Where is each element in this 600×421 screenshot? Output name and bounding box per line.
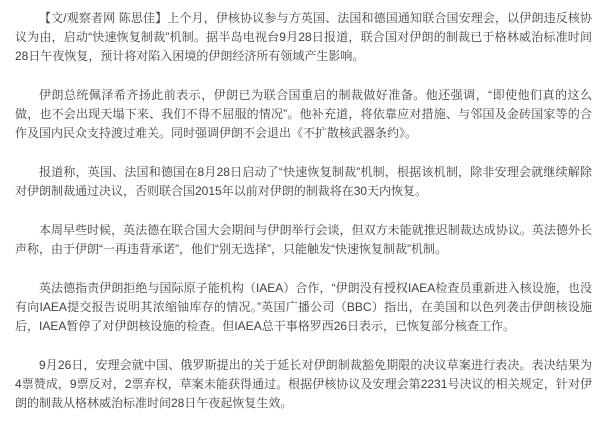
paragraph: 英法德指责伊朗拒绝与国际原子能机构（IAEA）合作，“伊朗没有授权IAEA检查员… <box>15 279 592 336</box>
article-body: 【文/观察者网 陈思佳】上个月，伊核协议参与方英国、法国和德国通知联合国安理会，… <box>0 0 600 413</box>
author-byline: 【文/观察者网 陈思佳】 <box>39 11 167 25</box>
lead-paragraph: 【文/观察者网 陈思佳】上个月，伊核协议参与方英国、法国和德国通知联合国安理会，… <box>15 9 592 66</box>
paragraph: 本周早些时候，英法德在联合国大会期间与伊朗举行会谈，但双方未能就推迟制裁达成协议… <box>15 221 592 259</box>
paragraph: 报道称，英国、法国和德国在8月28日启动了“快速恢复制裁”机制，根据该机制，除非… <box>15 163 592 201</box>
paragraph: 伊朗总统佩泽希齐扬此前表示，伊朗已为联合国重启的制裁做好准备。他还强调，“即使他… <box>15 86 592 143</box>
page: { "page": { "background": "#ffffff", "te… <box>0 0 600 421</box>
paragraph: 9月26日，安理会就中国、俄罗斯提出的关于延长对伊朗制裁豁免期限的决议草案进行表… <box>15 356 592 413</box>
